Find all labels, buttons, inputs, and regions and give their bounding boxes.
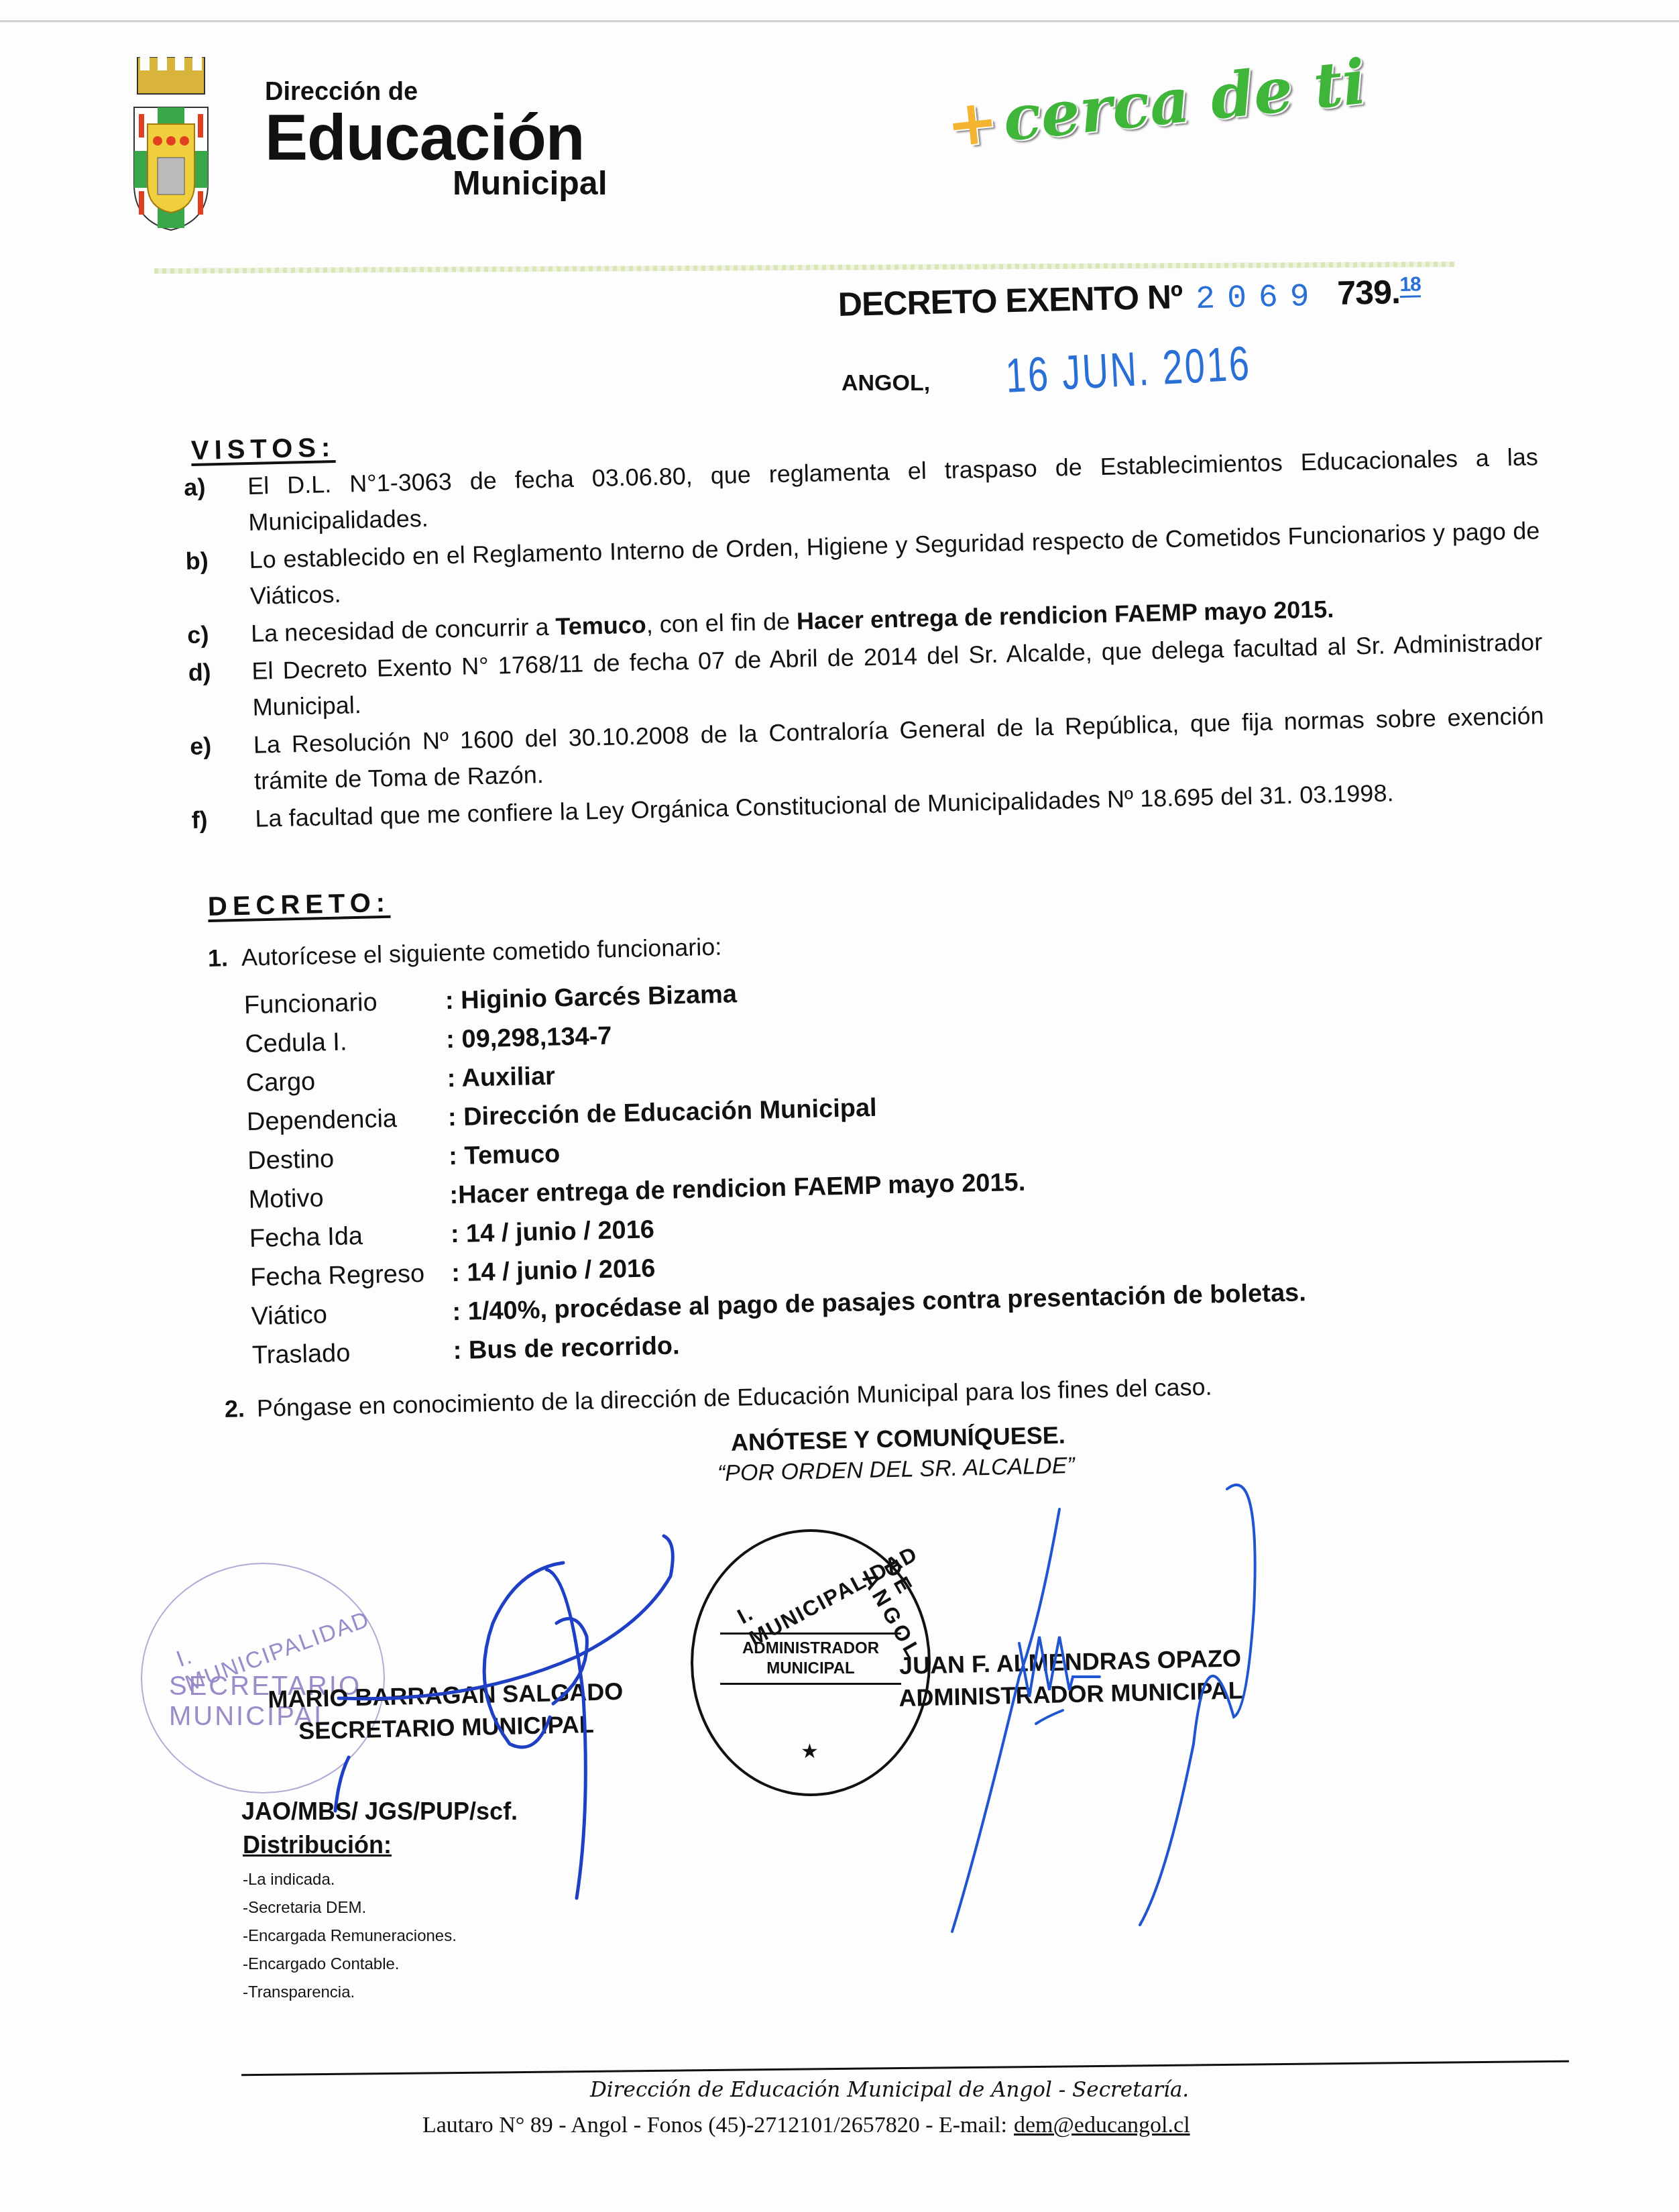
star-icon: ★ [801, 1740, 819, 1763]
date-stamp: 16 JUN. 2016 [1004, 336, 1253, 404]
footer-email-link[interactable]: dem@educangol.cl [1014, 2113, 1190, 2138]
brand-line-2: Educación [265, 106, 607, 170]
footer-office: Dirección de Educación Municipal de Ango… [590, 2078, 1189, 2102]
anotese-line: ANÓTESE Y COMUNÍQUESE. [731, 1421, 1066, 1457]
distribution-item: -Encargada Remuneraciones. [243, 1922, 457, 1950]
signatory-right: JUAN F. ALMENDRAS OPAZO ADMINISTRADOR MU… [898, 1642, 1243, 1714]
distribution-item: -Transparencia. [243, 1979, 457, 2007]
decreto-paragraph-1: 1.Autorícese el siguiente cometido funci… [208, 933, 722, 973]
city-label: ANGOL, [842, 370, 930, 396]
por-orden-line: “POR ORDEN DEL SR. ALCALDE” [717, 1453, 1076, 1487]
decreto-paragraph-2: 2.Póngase en conocimiento de la direcció… [225, 1373, 1212, 1423]
cometido-fields: Funcionario: Higinio Garcés Bizama Cedul… [243, 962, 1307, 1375]
plus-icon: + [943, 84, 1002, 161]
top-scan-edge [0, 20, 1679, 22]
vistos-heading: VISTOS: [190, 433, 335, 466]
signatory-left: MARIO BARRAGAN SALGADO SECRETARIO MUNICI… [268, 1675, 624, 1748]
secretario-seal: I. MUNICIPALIDAD SECRETARIO MUNICIPAL [141, 1563, 385, 1793]
distribution-item: -La indicada. [243, 1866, 457, 1894]
footer-divider [241, 2060, 1569, 2077]
distribution-heading: Distribución: [243, 1831, 392, 1859]
brand-logo: Dirección de Educación Municipal [265, 79, 607, 200]
distribution-item: -Secretaria DEM. [243, 1894, 457, 1922]
footer-address: Lautaro N° 89 - Angol - Fonos (45)-27121… [422, 2113, 1007, 2138]
slogan-text: cerca de ti [1000, 45, 1369, 155]
distribution-item: -Encargado Contable. [243, 1950, 457, 1979]
slogan: +cerca de ti [943, 45, 1369, 161]
stamped-decree-number: 2069 [1196, 279, 1322, 318]
signatory-role: ADMINISTRADOR MUNICIPAL [899, 1674, 1243, 1714]
administrador-seal: I. MUNICIPALIDAD DE ANGOL ADMINISTRADORM… [691, 1529, 931, 1796]
coat-of-arms-icon [131, 57, 211, 231]
brand-line-3: Municipal [453, 166, 607, 200]
reference-initials: JAO/MBS/ JGS/PUP/scf. [241, 1798, 518, 1826]
handwritten-suffix: 18 [1399, 274, 1421, 298]
footer-contact: Lautaro N° 89 - Angol - Fonos (45)-27121… [422, 2113, 1190, 2138]
brand-line-1: Dirección de [265, 79, 607, 105]
header-divider [154, 262, 1455, 274]
vistos-list: a)El D.L. N°1-3063 de fecha 03.06.80, qu… [184, 439, 1546, 840]
distribution-list: -La indicada. -Secretaria DEM. -Encargad… [243, 1866, 457, 2007]
typed-decree-number: 739. [1337, 273, 1401, 312]
decreto-heading: DECRETO: [207, 888, 390, 922]
decree-title: DECRETO EXENTO Nº2069739.18 [837, 272, 1421, 326]
decree-title-label: DECRETO EXENTO Nº [837, 278, 1183, 323]
